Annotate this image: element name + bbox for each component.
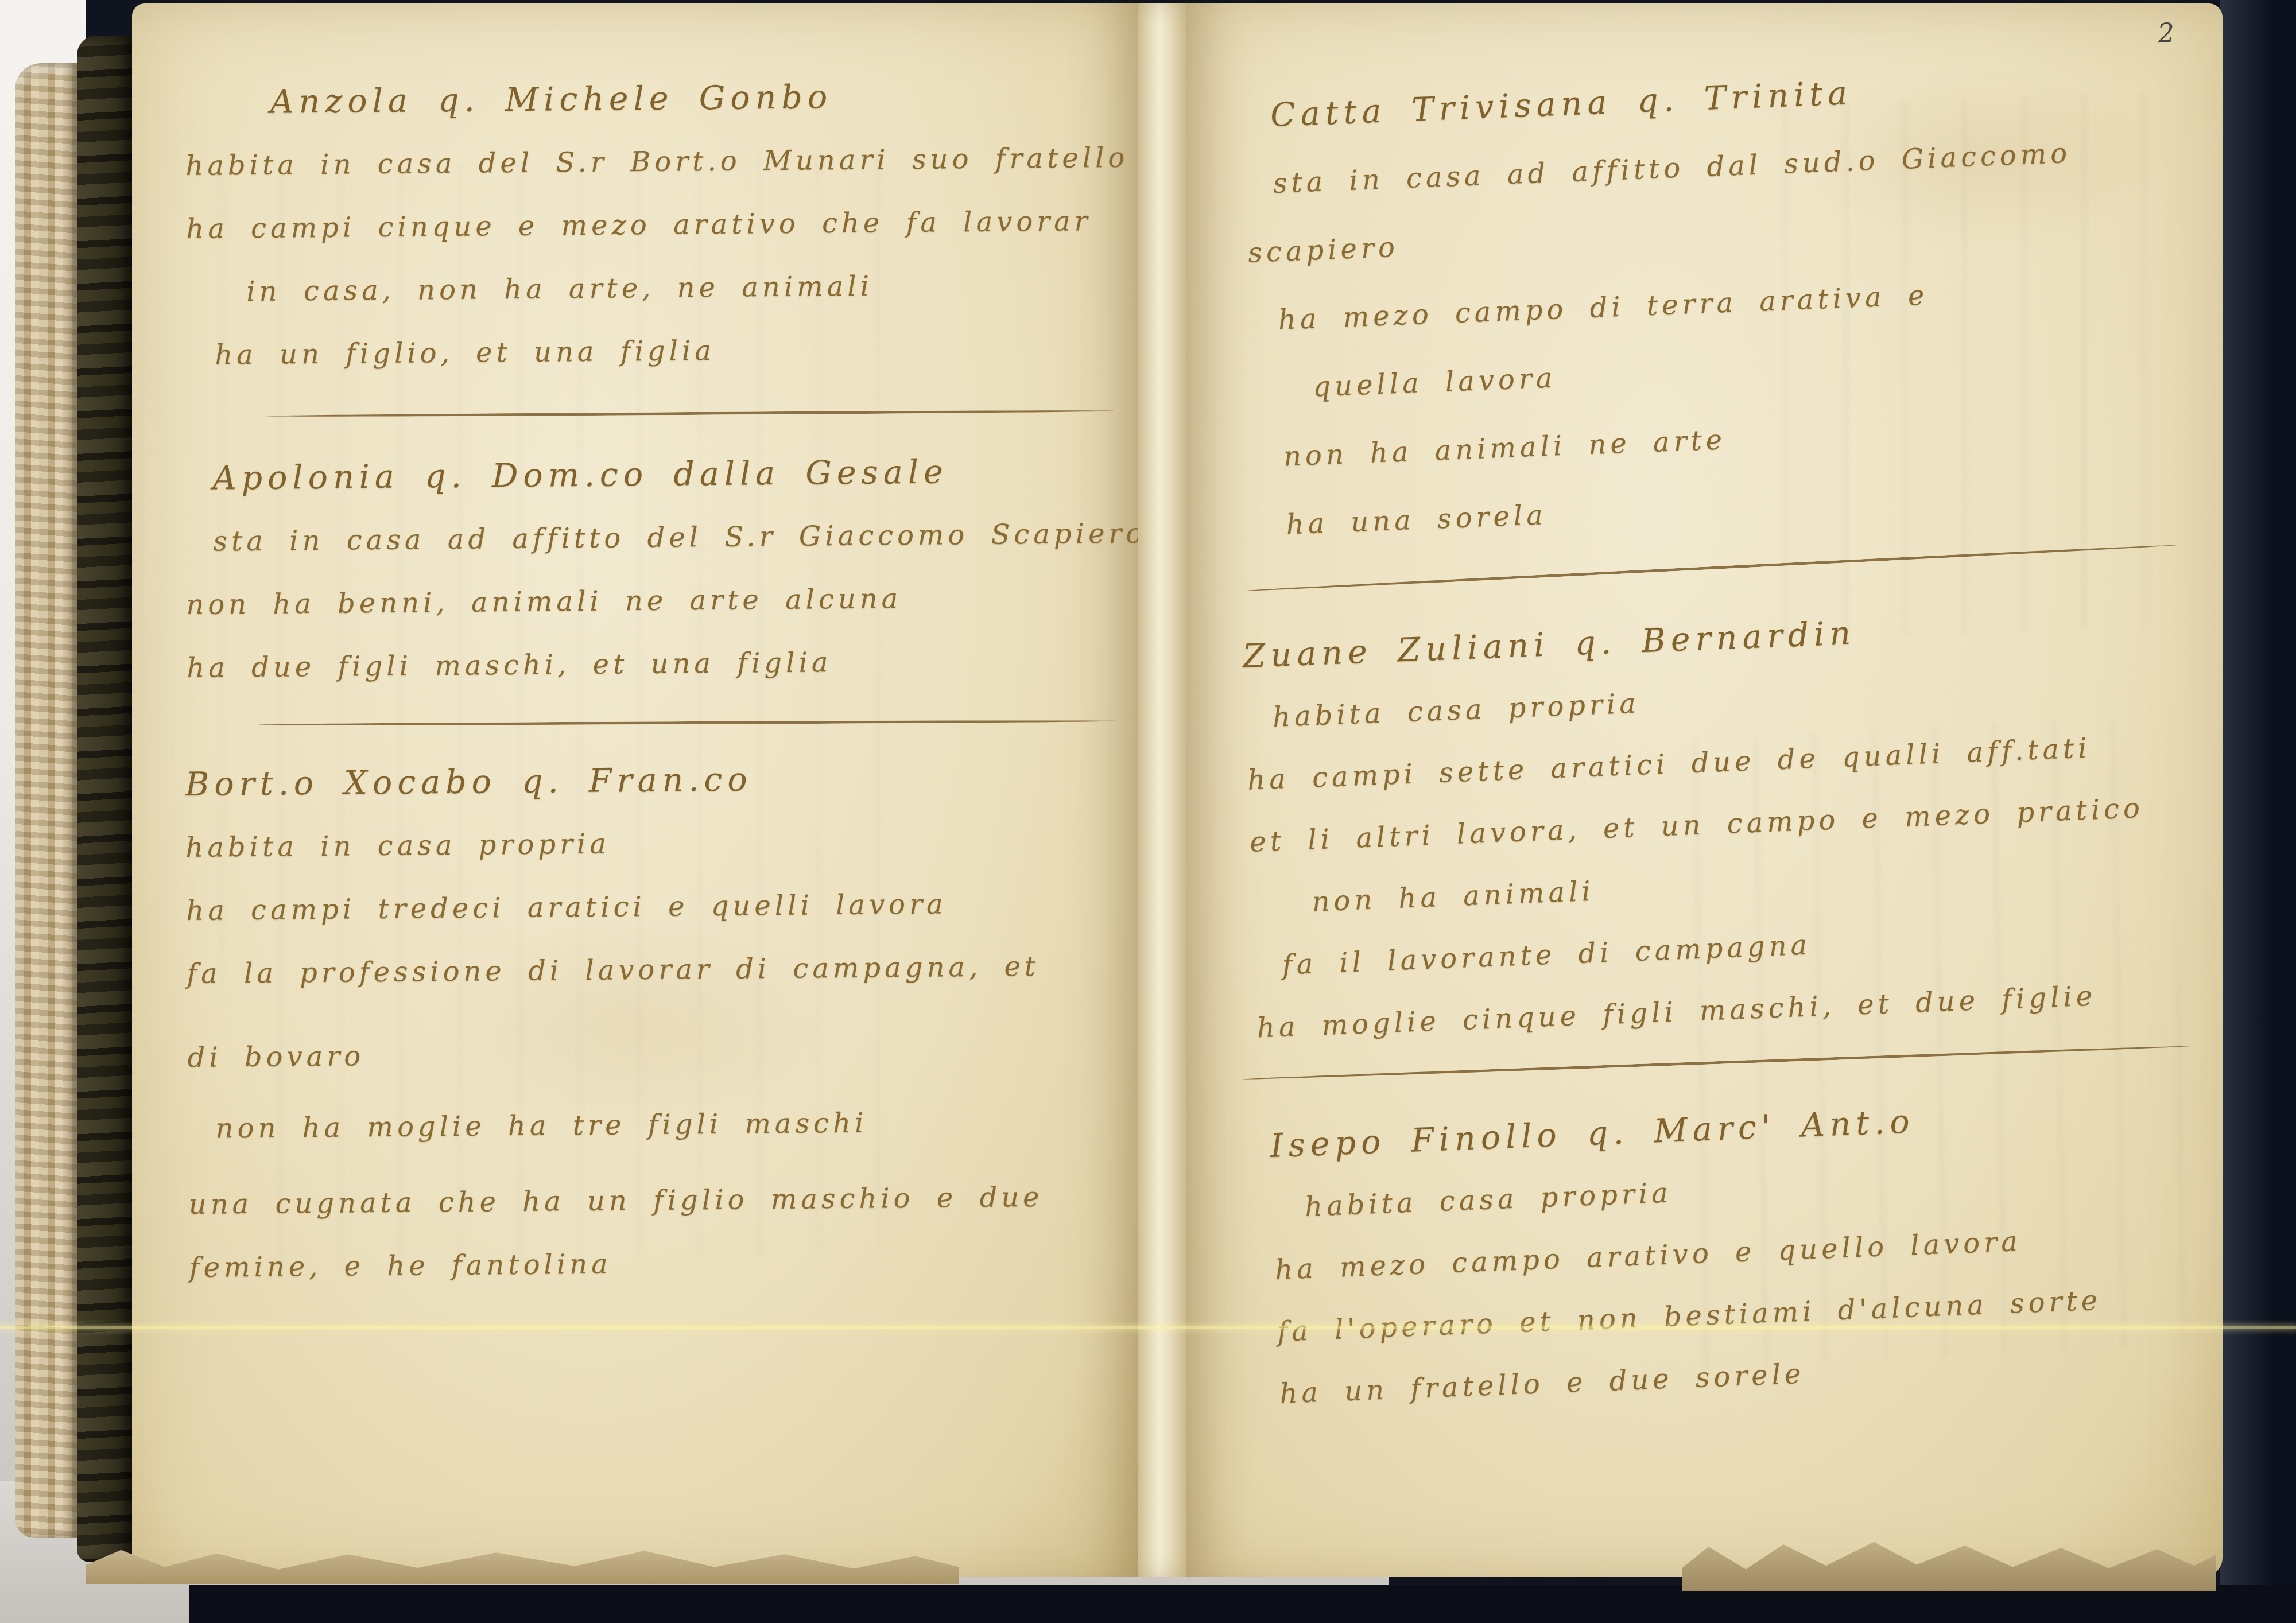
manuscript-line: habita in casa propria bbox=[185, 808, 1124, 879]
scan-light-streak bbox=[0, 1326, 2296, 1329]
census-entry: Catta Trivisana q. Trinita sta in casa a… bbox=[1242, 45, 2223, 561]
left-page: Anzola q. Michele Gonbo habita in casa d… bbox=[132, 3, 1138, 1577]
manuscript-line: habita in casa del S.r Bort.o Munari suo… bbox=[185, 126, 1124, 197]
manuscript-line: non ha benni, animali ne arte alcuna bbox=[186, 565, 1125, 636]
census-entry: Bort.o Xocabo q. Fran.co habita in casa … bbox=[185, 745, 1128, 1299]
book-spread: Anzola q. Michele Gonbo habita in casa d… bbox=[15, 3, 2223, 1577]
entry-name-line: Anzola q. Michele Gonbo bbox=[270, 63, 1124, 134]
manuscript-line: una cugnata che ha un figlio maschio e d… bbox=[188, 1165, 1127, 1236]
book-gutter bbox=[1138, 3, 1186, 1577]
manuscript-line: sta in casa ad affitto del S.r Giaccomo … bbox=[213, 502, 1124, 573]
entry-divider-line bbox=[265, 409, 1115, 417]
manuscript-line: non ha moglie ha tre figli maschi bbox=[215, 1089, 1127, 1160]
right-page: 2 Catta Trivisana q. Trinita sta in casa… bbox=[1186, 3, 2223, 1577]
manuscript-line: ha un figlio, et una figlia bbox=[215, 316, 1126, 387]
manuscript-line: ha due figli maschi, et una figlia bbox=[187, 628, 1126, 700]
right-page-text: Catta Trivisana q. Trinita sta in casa a… bbox=[1242, 3, 2216, 1426]
manuscript-scan: Anzola q. Michele Gonbo habita in casa d… bbox=[0, 0, 2296, 1623]
manuscript-line: in casa, non ha arte, ne animali bbox=[246, 253, 1126, 323]
census-entry: Anzola q. Michele Gonbo habita in casa d… bbox=[185, 63, 1126, 387]
entry-divider-line bbox=[258, 720, 1119, 727]
deckle-edge-band bbox=[77, 36, 132, 1562]
scanner-bed-dark-right bbox=[2220, 0, 2296, 1623]
manuscript-line: ha campi tredeci aratici e quelli lavora bbox=[186, 871, 1125, 942]
census-entry: Zuane Zuliani q. Bernardin habita casa p… bbox=[1242, 588, 2223, 1059]
scanner-bed-dark-bottom bbox=[189, 1585, 2296, 1623]
entry-name-line: Apolonia q. Dom.co dalla Gesale bbox=[212, 439, 1124, 510]
census-entry: Apolonia q. Dom.co dalla Gesale sta in c… bbox=[185, 439, 1125, 700]
manuscript-line: fa la professione di lavorar di campagna… bbox=[187, 934, 1126, 1005]
page-edge-stack bbox=[15, 63, 77, 1538]
manuscript-line: ha campi cinque e mezo arativo che fa la… bbox=[186, 189, 1125, 261]
entry-name-line: Bort.o Xocabo q. Fran.co bbox=[185, 745, 1124, 816]
manuscript-line: femine, e he fantolina bbox=[189, 1228, 1128, 1299]
left-page-text: Anzola q. Michele Gonbo habita in casa d… bbox=[185, 3, 1123, 1299]
census-entry: Isepo Finollo q. Marc' Ant.o habita casa… bbox=[1242, 1079, 2223, 1426]
manuscript-line: di bovaro bbox=[187, 1018, 1126, 1089]
